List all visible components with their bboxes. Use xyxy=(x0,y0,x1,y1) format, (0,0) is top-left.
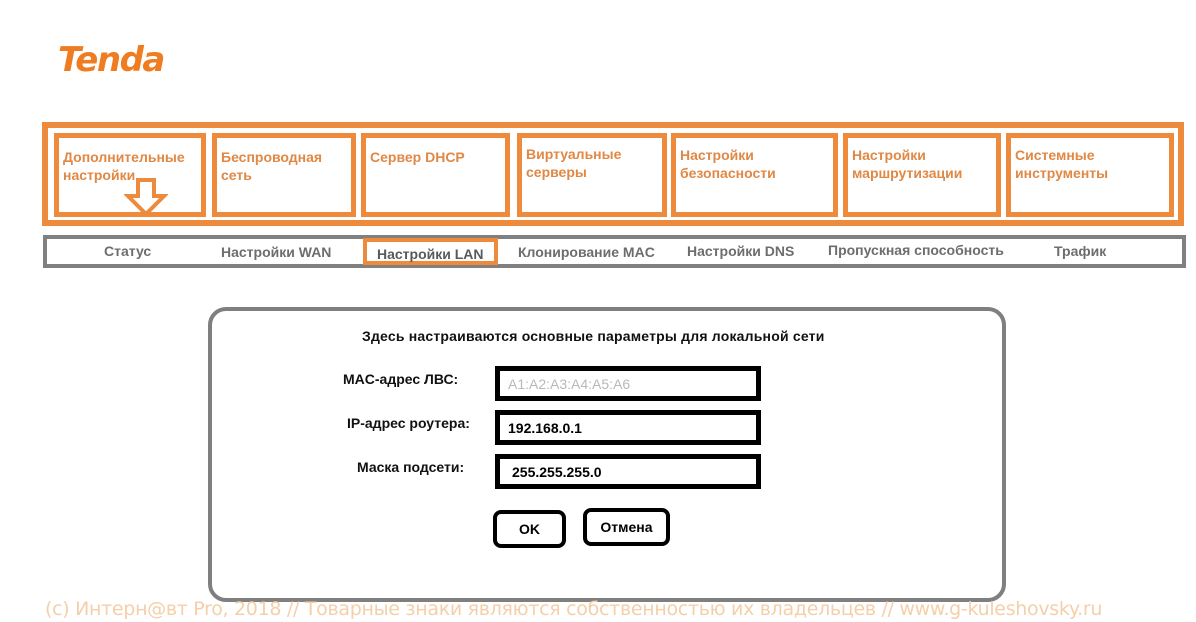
tenda-logo: Tenda xyxy=(58,40,164,80)
down-arrow-icon xyxy=(124,178,168,218)
mac-address-label: MAC-адрес ЛВС: xyxy=(343,371,458,387)
sub-menu-item-dns[interactable]: Настройки DNS xyxy=(687,243,794,259)
top-menu-item-label: Сервер DHCP xyxy=(370,148,505,166)
sub-menu-item-status[interactable]: Статус xyxy=(104,243,151,259)
top-menu: Дополнительные настройки Беспроводная се… xyxy=(42,122,1184,226)
top-menu-item-label: Беспроводная сеть xyxy=(221,148,351,184)
top-menu-item-security[interactable]: Настройки безопасности xyxy=(671,133,838,217)
top-menu-item-advanced-settings[interactable]: Дополнительные настройки xyxy=(54,133,206,217)
router-ip-field[interactable]: 192.168.0.1 xyxy=(495,410,761,445)
top-menu-item-label: Виртуальные серверы xyxy=(526,145,662,181)
sub-menu-item-mac-clone[interactable]: Клонирование MAC xyxy=(518,244,655,260)
subnet-mask-field[interactable]: 255.255.255.0 xyxy=(495,454,761,489)
top-menu-item-virtual-servers[interactable]: Виртуальные серверы xyxy=(517,133,667,217)
copyright-watermark: (c) Интерн@вт Pro, 2018 // Товарные знак… xyxy=(45,598,1102,620)
mac-address-field: A1:A2:A3:A4:A5:A6 xyxy=(495,366,761,401)
top-menu-item-label: Системные инструменты xyxy=(1015,146,1155,182)
sub-menu-item-wan[interactable]: Настройки WAN xyxy=(221,244,331,260)
panel-title: Здесь настраиваются основные параметры д… xyxy=(362,328,825,344)
sub-menu-item-lan[interactable]: Настройки LAN xyxy=(363,238,498,265)
sub-menu-item-bandwidth[interactable]: Пропускная способность xyxy=(828,242,1004,258)
sub-menu: Статус Настройки WAN Настройки LAN Клони… xyxy=(43,235,1186,268)
top-menu-item-label: Настройки безопасности xyxy=(680,146,820,182)
top-menu-item-routing[interactable]: Настройки маршрутизации xyxy=(843,133,1001,217)
top-menu-item-dhcp-server[interactable]: Сервер DHCP xyxy=(361,133,510,217)
subnet-mask-label: Маска подсети: xyxy=(357,459,464,475)
cancel-button[interactable]: Отмена xyxy=(583,508,670,546)
sub-menu-item-traffic[interactable]: Трафик xyxy=(1054,243,1106,259)
top-menu-item-system-tools[interactable]: Системные инструменты xyxy=(1006,133,1174,217)
lan-settings-panel: Здесь настраиваются основные параметры д… xyxy=(208,307,1006,602)
top-menu-item-label: Настройки маршрутизации xyxy=(852,146,992,182)
ok-button[interactable]: OK xyxy=(493,510,566,548)
router-ip-label: IP-адрес роутера: xyxy=(347,415,470,431)
top-menu-item-wireless[interactable]: Беспроводная сеть xyxy=(212,133,356,217)
